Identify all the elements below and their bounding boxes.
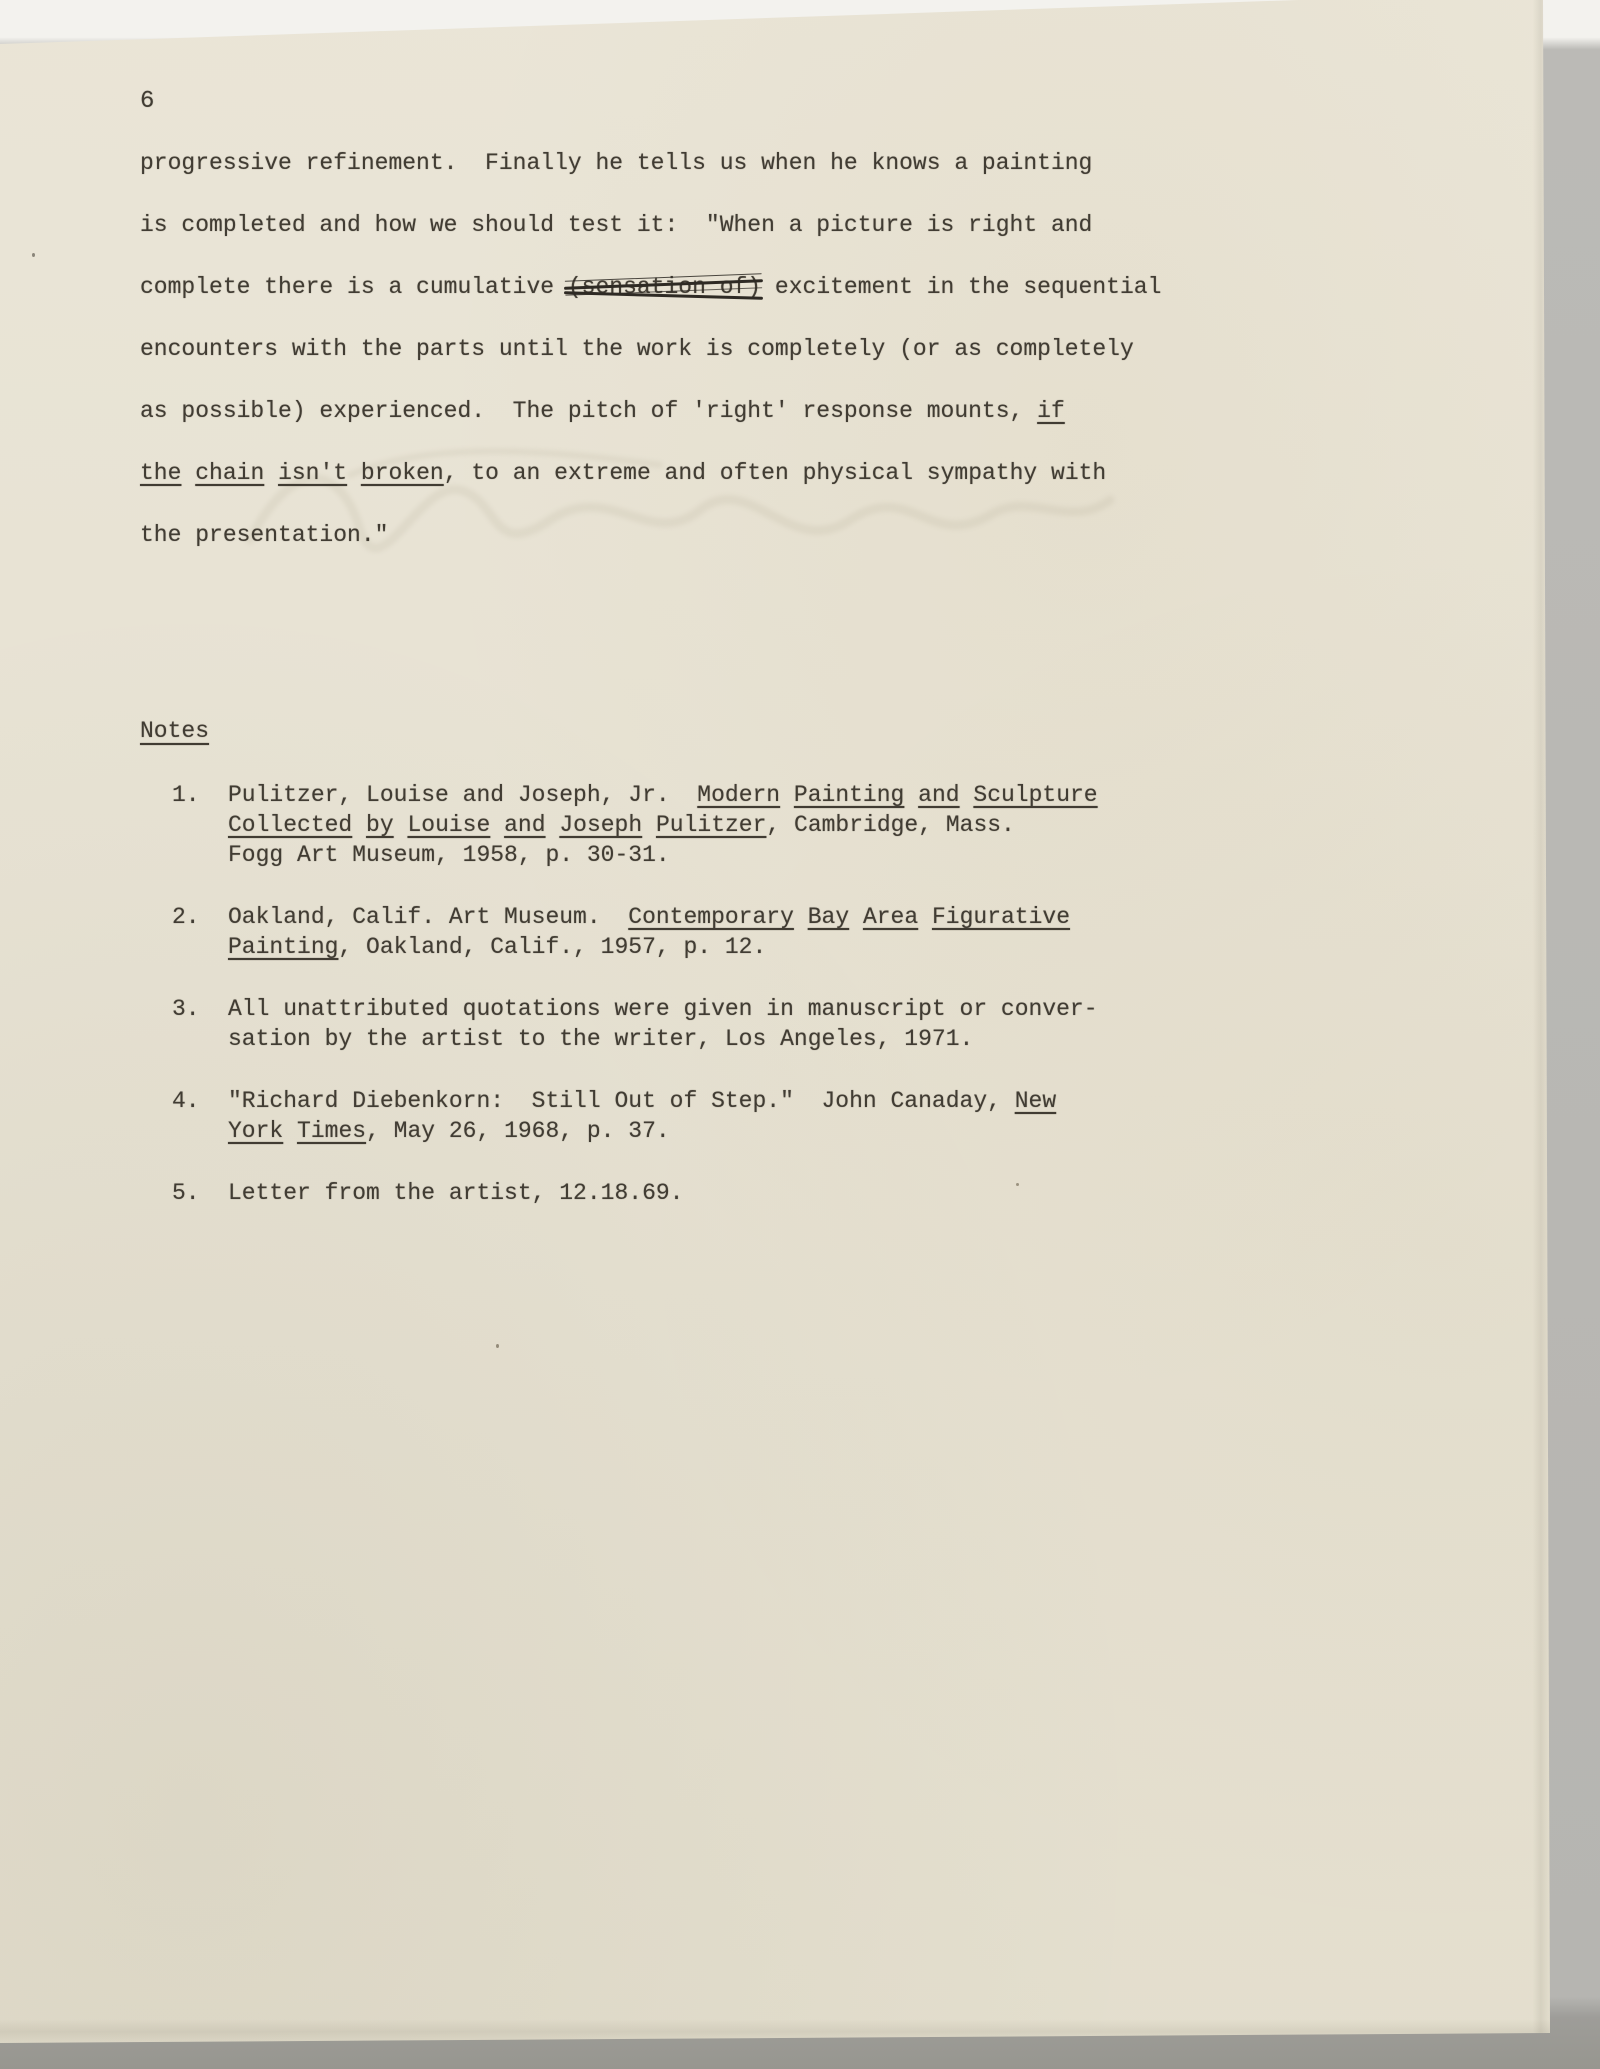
notes-section: Notes 1.Pulitzer, Louise and Joseph, Jr.…: [140, 716, 1340, 1240]
text-segment: Bay: [808, 904, 849, 930]
text-segment: [960, 782, 974, 808]
text-segment: Fogg Art Museum, 1958, p. 30-31.: [228, 842, 670, 868]
text-line: Pulitzer, Louise and Joseph, Jr. Modern …: [228, 780, 1340, 810]
text-segment: [352, 812, 366, 838]
text-line: Fogg Art Museum, 1958, p. 30-31.: [228, 840, 1340, 870]
text-segment: [918, 904, 932, 930]
text-segment: , to an extreme and often physical sympa…: [444, 460, 1107, 486]
text-segment: , May 26, 1968, p. 37.: [366, 1118, 670, 1144]
notes-list: 1.Pulitzer, Louise and Joseph, Jr. Moder…: [140, 780, 1340, 1208]
text-line: "Richard Diebenkorn: Still Out of Step."…: [228, 1086, 1340, 1116]
text-line: is completed and how we should test it: …: [140, 194, 1340, 256]
text-segment: (sensation of): [568, 256, 761, 318]
text-segment: , Oakland, Calif., 1957, p. 12.: [338, 934, 766, 960]
text-segment: Modern: [697, 782, 780, 808]
text-segment: Louise: [407, 812, 490, 838]
text-line: progressive refinement. Finally he tells…: [140, 132, 1340, 194]
text-segment: and: [918, 782, 959, 808]
text-segment: Times: [297, 1118, 366, 1144]
text-segment: if: [1037, 398, 1065, 424]
text-segment: [283, 1118, 297, 1144]
text-line: as possible) experienced. The pitch of '…: [140, 380, 1340, 442]
note-item: 5.Letter from the artist, 12.18.69.: [140, 1178, 1340, 1208]
note-text: Pulitzer, Louise and Joseph, Jr. Modern …: [228, 780, 1340, 870]
text-segment: broken: [361, 460, 444, 486]
note-text: "Richard Diebenkorn: Still Out of Step."…: [228, 1086, 1340, 1146]
text-segment: [794, 904, 808, 930]
text-segment: York: [228, 1118, 283, 1144]
text-segment: New: [1015, 1088, 1056, 1114]
text-line: Oakland, Calif. Art Museum. Contemporary…: [228, 902, 1340, 932]
text-line: Painting, Oakland, Calif., 1957, p. 12.: [228, 932, 1340, 962]
page-number: 6: [140, 88, 154, 115]
text-segment: Pulitzer: [656, 812, 766, 838]
text-segment: [490, 812, 504, 838]
text-segment: Collected: [228, 812, 352, 838]
note-number: 4.: [172, 1086, 228, 1146]
text-line: Collected by Louise and Joseph Pulitzer,…: [228, 810, 1340, 840]
note-item: 1.Pulitzer, Louise and Joseph, Jr. Moder…: [140, 780, 1340, 870]
text-line: the chain isn't broken, to an extreme an…: [140, 442, 1340, 504]
text-segment: [642, 812, 656, 838]
note-item: 2.Oakland, Calif. Art Museum. Contempora…: [140, 902, 1340, 962]
note-item: 4."Richard Diebenkorn: Still Out of Step…: [140, 1086, 1340, 1146]
text-segment: [780, 782, 794, 808]
text-line: the presentation.": [140, 504, 1340, 566]
text-segment: excitement in the sequential: [761, 274, 1161, 300]
note-text: Oakland, Calif. Art Museum. Contemporary…: [228, 902, 1340, 962]
paper: 6 progressive refinement. Finally he tel…: [0, 0, 1600, 2069]
text-segment: as possible) experienced. The pitch of '…: [140, 398, 1037, 424]
text-line: sation by the artist to the writer, Los …: [228, 1024, 1340, 1054]
text-segment: the: [140, 460, 181, 486]
ink-speck: [74, 24, 79, 29]
note-item: 3.All unattributed quotations were given…: [140, 994, 1340, 1054]
text-segment: complete there is a cumulative: [140, 274, 568, 300]
text-segment: [181, 460, 195, 486]
text-segment: progressive refinement. Finally he tells…: [140, 150, 1092, 176]
note-number: 2.: [172, 902, 228, 962]
note-number: 5.: [172, 1178, 228, 1208]
text-segment: [264, 460, 278, 486]
notes-heading: Notes: [140, 716, 1340, 746]
text-segment: by: [366, 812, 394, 838]
text-segment: Oakland, Calif. Art Museum.: [228, 904, 628, 930]
text-line: York Times, May 26, 1968, p. 37.: [228, 1116, 1340, 1146]
text-segment: the presentation.": [140, 522, 388, 548]
ink-speck: [496, 1344, 499, 1348]
text-segment: Letter from the artist, 12.18.69.: [228, 1180, 683, 1206]
text-segment: Figurative: [932, 904, 1070, 930]
note-text: Letter from the artist, 12.18.69.: [228, 1178, 1340, 1208]
text-segment: [904, 782, 918, 808]
text-segment: [546, 812, 560, 838]
note-number: 1.: [172, 780, 228, 870]
text-segment: Sculpture: [973, 782, 1097, 808]
text-segment: Pulitzer, Louise and Joseph, Jr.: [228, 782, 697, 808]
text-segment: encounters with the parts until the work…: [140, 336, 1134, 362]
text-segment: , Cambridge, Mass.: [766, 812, 1014, 838]
text-segment: Contemporary: [628, 904, 794, 930]
text-segment: isn't: [278, 460, 347, 486]
note-text: All unattributed quotations were given i…: [228, 994, 1340, 1054]
text-segment: Painting: [794, 782, 904, 808]
text-segment: "Richard Diebenkorn: Still Out of Step."…: [228, 1088, 1015, 1114]
paragraph: progressive refinement. Finally he tells…: [140, 132, 1340, 566]
text-segment: sation by the artist to the writer, Los …: [228, 1026, 973, 1052]
text-segment: Joseph: [559, 812, 642, 838]
ink-speck: [1016, 1183, 1019, 1186]
text-segment: Area: [863, 904, 918, 930]
text-segment: [849, 904, 863, 930]
note-number: 3.: [172, 994, 228, 1054]
ink-speck: [32, 253, 35, 257]
text-segment: chain: [195, 460, 264, 486]
text-line: complete there is a cumulative (sensatio…: [140, 256, 1340, 318]
text-segment: [394, 812, 408, 838]
text-segment: [347, 460, 361, 486]
text-segment: is completed and how we should test it: …: [140, 212, 1092, 238]
text-segment: Painting: [228, 934, 338, 960]
text-segment: All unattributed quotations were given i…: [228, 996, 1098, 1022]
text-line: All unattributed quotations were given i…: [228, 994, 1340, 1024]
text-segment: and: [504, 812, 545, 838]
text-line: Letter from the artist, 12.18.69.: [228, 1178, 1340, 1208]
text-line: encounters with the parts until the work…: [140, 318, 1340, 380]
